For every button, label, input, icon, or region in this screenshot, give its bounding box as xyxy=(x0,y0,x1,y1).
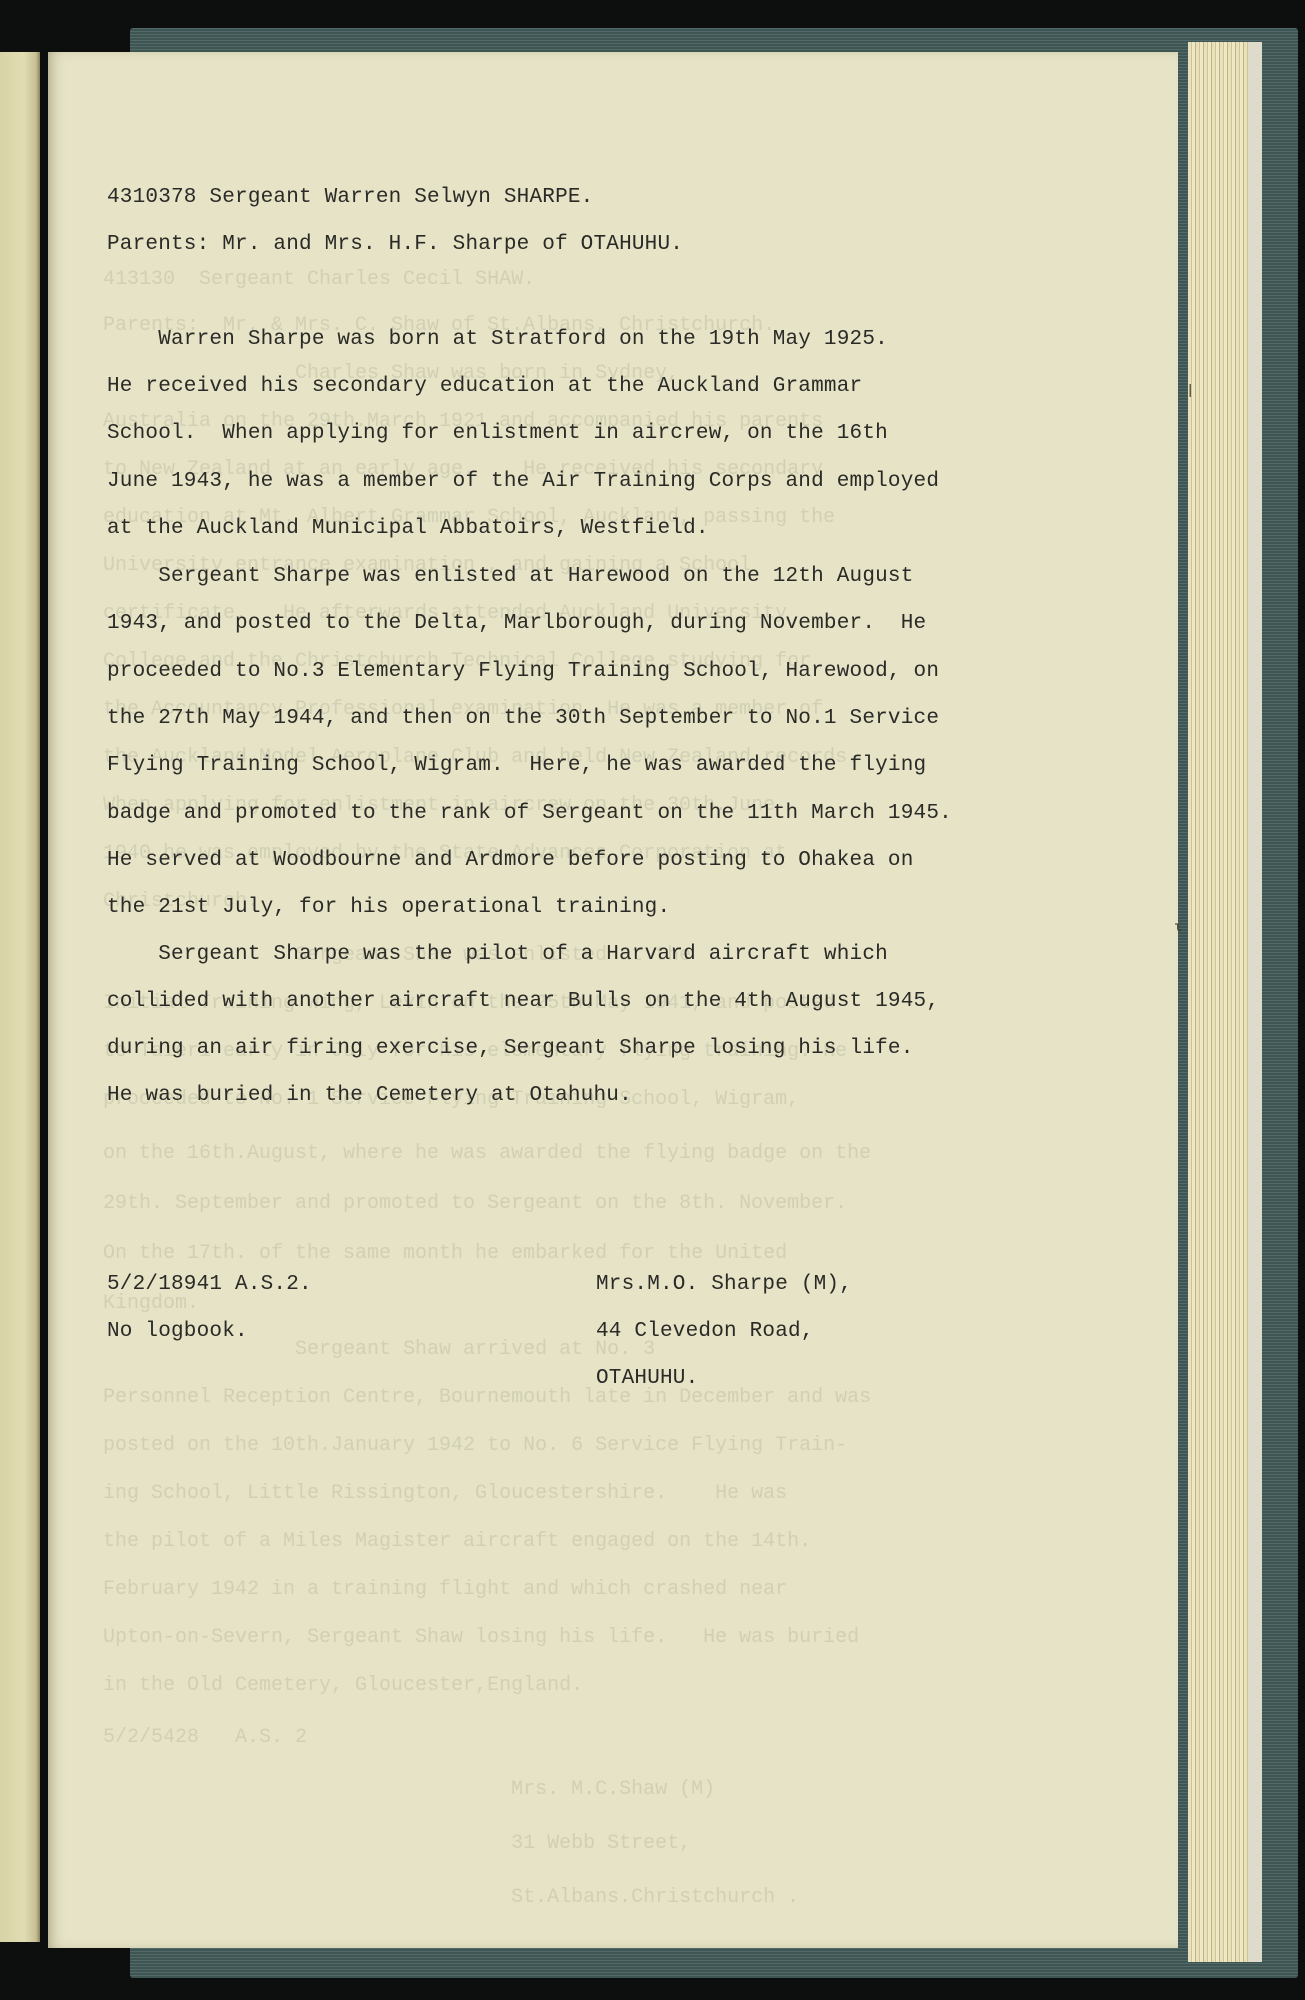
bleed-line: Upton-on-Severn, Sergeant Shaw losing hi… xyxy=(103,1614,859,1662)
bleed-line: 413130 Sergeant Charles Cecil SHAW. xyxy=(103,256,535,304)
bleed-line: Mrs. M.C.Shaw (M) xyxy=(103,1766,715,1814)
page-stack-edges xyxy=(1188,42,1248,1962)
bleed-line: Personnel Reception Centre, Bournemouth … xyxy=(103,1374,871,1422)
body-line: He was buried in the Cemetery at Otahuhu… xyxy=(107,1084,632,1107)
body-line: June 1943, he was a member of the Air Tr… xyxy=(107,470,939,493)
next-of-kin-street: 44 Clevedon Road, xyxy=(596,1320,814,1343)
page-edge-mark: ι xyxy=(1174,920,1182,936)
body-line: collided with another aircraft near Bull… xyxy=(107,990,939,1013)
file-reference: 5/2/18941 A.S.2. xyxy=(107,1273,312,1296)
bleed-line: 29th. September and promoted to Sergeant… xyxy=(103,1180,847,1228)
body-line: at the Auckland Municipal Abbatoirs, Wes… xyxy=(107,517,709,540)
body-line: He received his secondary education at t… xyxy=(107,375,862,398)
bleed-line: St.Albans.Christchurch . xyxy=(103,1874,799,1922)
body-line: the 27th May 1944, and then on the 30th … xyxy=(107,707,939,730)
body-line: Sergeant Sharpe was the pilot of a Harva… xyxy=(107,943,888,966)
parents-line: Parents: Mr. and Mrs. H.F. Sharpe of OTA… xyxy=(107,233,683,256)
endpaper xyxy=(1248,42,1262,1962)
bleed-line: On the 17th. of the same month he embark… xyxy=(103,1230,787,1278)
body-line: Flying Training School, Wigram. Here, he… xyxy=(107,754,926,777)
body-line: the 21st July, for his operational train… xyxy=(107,896,670,919)
next-of-kin-name: Mrs.M.O. Sharpe (M), xyxy=(596,1273,852,1296)
bleed-line: 31 Webb Street, xyxy=(103,1820,691,1868)
body-line: badge and promoted to the rank of Sergea… xyxy=(107,802,952,825)
page-edge-mark: | xyxy=(1186,383,1194,399)
bleed-line: the pilot of a Miles Magister aircraft e… xyxy=(103,1518,811,1566)
logbook-note: No logbook. xyxy=(107,1320,248,1343)
body-line: He served at Woodbourne and Ardmore befo… xyxy=(107,849,914,872)
next-of-kin-town: OTAHUHU. xyxy=(596,1367,698,1390)
bleed-line: on the 16th.August, where he was awarded… xyxy=(103,1130,871,1178)
bleed-line: ing School, Little Rissington, Glouceste… xyxy=(103,1470,787,1518)
record-title: 4310378 Sergeant Warren Selwyn SHARPE. xyxy=(107,186,593,209)
previous-page-edge xyxy=(0,52,40,1942)
bleed-line: February 1942 in a training flight and w… xyxy=(103,1566,787,1614)
body-line: School. When applying for enlistment in … xyxy=(107,422,888,445)
body-line: proceeded to No.3 Elementary Flying Trai… xyxy=(107,660,939,683)
body-line: Sergeant Sharpe was enlisted at Harewood… xyxy=(107,565,914,588)
bleed-line: in the Old Cemetery, Gloucester,England. xyxy=(103,1662,583,1710)
bleed-line: posted on the 10th.January 1942 to No. 6… xyxy=(103,1422,847,1470)
bleed-line: 5/2/5428 A.S. 2 xyxy=(103,1714,307,1762)
body-line: Warren Sharpe was born at Stratford on t… xyxy=(107,328,888,351)
body-line: 1943, and posted to the Delta, Marlborou… xyxy=(107,612,926,635)
body-line: during an air firing exercise, Sergeant … xyxy=(107,1037,914,1060)
